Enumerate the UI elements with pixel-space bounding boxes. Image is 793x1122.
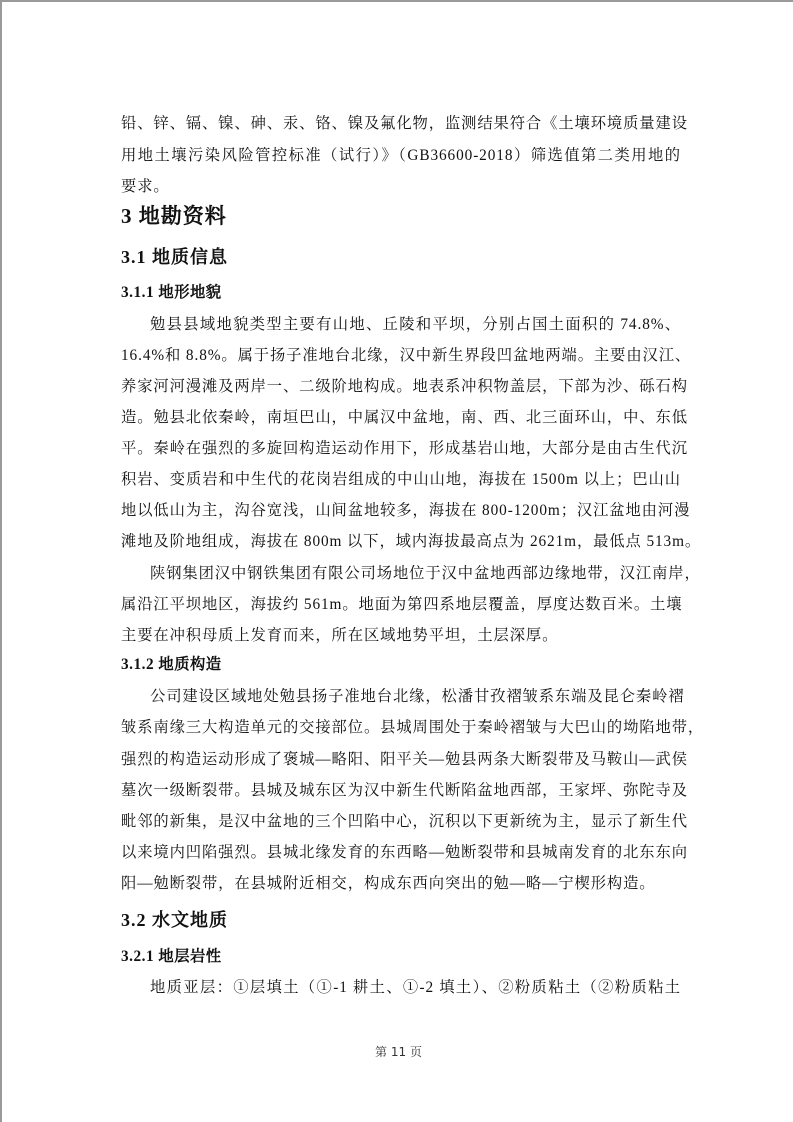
heading-section-3-1: 3.1 地质信息: [121, 245, 228, 269]
body-text-line: 主要在冲积母质上发育而来，所在区域地势平坦，土层深厚。: [121, 626, 681, 646]
body-text-line: 用地土壤污染风险管控标准（试行）》（GB36600-2018）筛选值第二类用地的: [121, 146, 681, 166]
body-text-line: 要求。: [121, 177, 681, 197]
body-text-line: 毗邻的新集，是汉中盆地的三个凹陷中心，沉积以下更新统为主，显示了新生代: [121, 812, 681, 832]
body-text-line: 属沿江平坝地区，海拔约 561m。地面为第四系地层覆盖，厚度达数百米。土壤: [121, 595, 681, 615]
page-number: 第 11 页: [2, 1043, 793, 1060]
body-text-line: 积岩、变质岩和中生代的花岗岩组成的中山山地，海拔在 1500m 以上；巴山山: [121, 470, 681, 490]
heading-section-3-1-1: 3.1.1 地形地貌: [121, 283, 222, 303]
heading-section-3-2-1: 3.2.1 地层岩性: [121, 947, 222, 967]
body-text-line: 地质亚层：①层填土（①-1 耕土、①-2 填土）、②粉质粘土（②粉质粘土: [150, 978, 681, 998]
heading-section-3-2: 3.2 水文地质: [121, 908, 228, 932]
body-text-line: 强烈的构造运动形成了褒城—略阳、阳平关—勉县两条大断裂带及马鞍山—武侯: [121, 750, 681, 770]
heading-section-3-1-2: 3.1.2 地质构造: [121, 655, 222, 675]
body-text-line: 阳—勉断裂带，在县城附近相交，构成东西向突出的勉—略—宁楔形构造。: [121, 874, 681, 894]
body-text-line: 铅、锌、镉、镍、砷、汞、铬、镍及氟化物，监测结果符合《土壤环境质量建设: [121, 114, 681, 134]
body-text-line: 造。勉县北依秦岭，南垣巴山，中属汉中盆地，南、西、北三面环山，中、东低: [121, 408, 681, 428]
body-text-line: 皱系南缘三大构造单元的交接部位。县城周围处于秦岭褶皱与大巴山的坳陷地带，: [121, 718, 681, 738]
body-text-line: 公司建设区域地处勉县扬子准地台北缘，松潘甘孜褶皱系东端及昆仑秦岭褶: [150, 687, 681, 707]
document-page: 铅、锌、镉、镍、砷、汞、铬、镍及氟化物，监测结果符合《土壤环境质量建设 用地土壤…: [0, 0, 793, 1122]
body-text-line: 养家河河漫滩及两岸一、二级阶地构成。地表系冲积物盖层，下部为沙、砾石构: [121, 377, 681, 397]
body-text-line: 地以低山为主，沟谷宽浅，山间盆地较多，海拔在 800-1200m；汉江盆地由河漫: [121, 501, 681, 521]
body-text-line: 滩地及阶地组成，海拔在 800m 以下，域内海拔最高点为 2621m，最低点 5…: [121, 532, 681, 552]
body-text-line: 墓次一级断裂带。县城及城东区为汉中新生代断陷盆地西部，王家坪、弥陀寺及: [121, 781, 681, 801]
heading-section-3: 3 地勘资料: [121, 203, 227, 229]
body-text-line: 16.4%和 8.8%。属于扬子准地台北缘，汉中新生界段凹盆地两端。主要由汉江、: [121, 346, 681, 366]
body-text-line: 陕钢集团汉中钢铁集团有限公司场地位于汉中盆地西部边缘地带，汉江南岸，: [150, 564, 681, 584]
body-text-line: 勉县县域地貌类型主要有山地、丘陵和平坝，分别占国土面积的 74.8%、: [150, 315, 681, 335]
body-text-line: 平。秦岭在强烈的多旋回构造运动作用下，形成基岩山地，大部分是由古生代沉: [121, 439, 681, 459]
body-text-line: 以来境内凹陷强烈。县城北缘发育的东西略—勉断裂带和县城南发育的北东东向: [121, 843, 681, 863]
